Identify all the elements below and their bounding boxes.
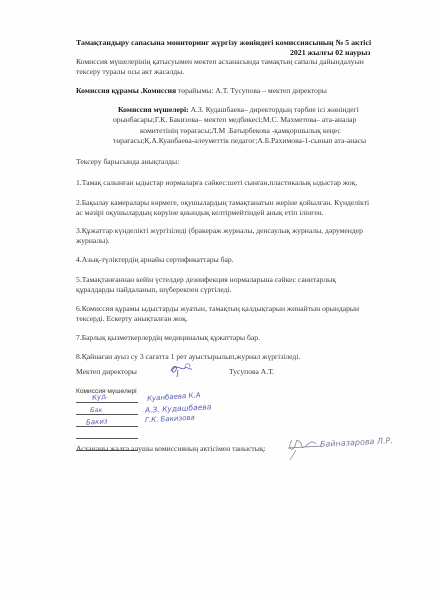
finding-5-line-2: құралдарды пайдаланып, шүберекпен сүртіл… [76,285,232,295]
intro-line-2: тексеру туралы осы акт жасалды. [76,67,184,77]
act-date: 2021 жылғы 02 наурыз [290,48,370,57]
member-name-3: Г.К. Бакизова [145,414,195,425]
acknowledgement-signature-stroke-icon [286,436,326,462]
finding-3-line-1: 3.Құжаттар күнделікті жүргізіледі (браке… [76,226,363,236]
finding-4: 4.Азық-түліктердің арнайы сертификаттары… [76,255,234,265]
finding-6-line-1: 6.Комиссия құрамы ыдыстарды жуатын, тама… [76,304,359,314]
signature-line-4 [76,438,138,439]
finding-2-line-2: ас мәзірі оқушылардың көруіне қиындық ке… [76,208,324,218]
findings-header: Тексеру барысында анықталды: [76,157,179,167]
member-signature-2: Бак [90,406,102,414]
members-line1-text: А.З. Кудашбаева– директордың тәрбие ісі … [189,105,359,114]
acknowledgement-text: Асхананы жалға алушы комиссияның актісім… [76,444,266,454]
document-page: Тамақтандыру сапасына мониторинг жүргізу… [0,0,436,600]
commission-composition: Комиссия құрамы .Комиссия төрайымы: А.Т.… [76,86,327,96]
act-title: Тамақтандыру сапасына мониторинг жүргізу… [76,38,371,47]
member-signature-3: Бакиз [86,417,108,426]
members-line-1: Комиссия мүшелері: А.З. Кудашбаева– дире… [118,105,359,115]
members-line-2: орынбасары;Г.К. Бакизова– мектеп медбике… [113,115,356,125]
finding-6-line-2: тексерді. Ескерту анықталған жоқ. [76,314,188,324]
director-label: Мектеп директоры [76,367,137,377]
acknowledgement-signature: Байназарова Л.Р. [320,436,393,449]
director-signature-icon [168,362,194,378]
finding-1: 1.Тамақ салынған ыдыстар нормаларға сәйк… [76,178,357,188]
signature-line-1 [76,402,138,403]
member-name-1: Куанбаева К.А [147,391,201,403]
finding-5-line-1: 5.Тамақтанғаннан кейін үстелдер дезинфек… [76,275,336,285]
signature-line-2 [76,414,138,415]
director-name: Тусупова А.Т. [229,367,274,377]
member-name-2: А.З. Кудашбаева [145,402,212,414]
finding-2-line-1: 2.Бақылау камералары көрмеге, оқушыларды… [76,198,369,208]
members-line-3: комитетінің төрағасы;Л.М .Батырбекова -қ… [140,126,341,136]
member-signature-1: Куд. [92,392,109,402]
composition-text: төрайымы: А.Т. Тусупова – мектеп директо… [176,86,327,95]
finding-3-line-2: журналы). [76,236,110,246]
members-label: Комиссия мүшелері: [118,105,189,114]
finding-7: 7.Барлық қызметкерлердің медициналық құж… [76,333,260,343]
composition-label: Комиссия құрамы .Комиссия [76,86,176,95]
intro-line-1: Комиссия мүшелерінің қатысуымен мектеп а… [76,57,364,67]
members-line-4: төрағасы;Қ.А.Куанбаева-әлеуметтік педаго… [113,136,366,146]
